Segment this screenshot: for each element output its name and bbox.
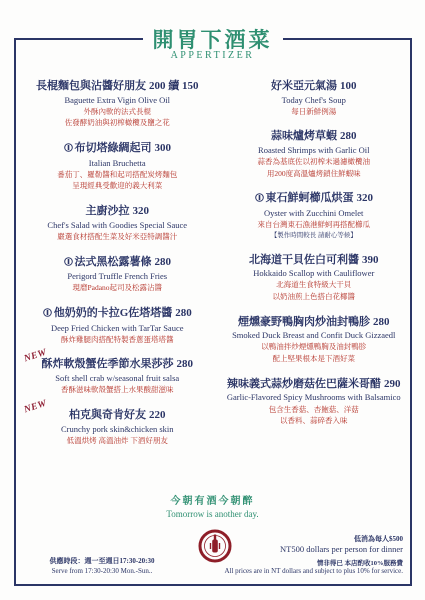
dish-name-zh: 柏克與奇肯好友 [69,409,146,421]
dish-name-zh: 布切塔綠綢起司 [75,142,152,154]
dish-name-line: 東石鮮蚵櫛瓜烘蛋320 [221,192,408,207]
dish-description: 來自台灣東石漁港鮮蚵再搭配櫛瓜 [221,219,408,231]
dish-name-zh: 主廚沙拉 [86,205,130,217]
dish-descriptions: 番茄丁、羅勒醬和起司搭配炭烤麵包呈現經典受歡迎的義大利菜 [24,169,211,192]
dish-descriptions: 包含生香菇、杏鮑菇、洋菇以香料、蒜碎香入味 [221,404,408,427]
menu-item: 法式黑松露薯條280 Perigord Truffle French Fries… [24,256,211,294]
dish-note: 【製作時間較長 請耐心等候】 [221,231,408,241]
dish-price: 280 [177,358,194,370]
dish-name-zh: 辣味義式蒜炒磨菇佐巴薩米哥醋 [227,378,381,390]
dish-name-en: Hokkaido Scallop with Cauliflower [221,268,408,279]
signature-dish-icon [64,257,73,271]
dish-descriptions: 嚴選食材搭配生菜及好米亞特調醬汁 [24,231,211,243]
dish-description: 外酥內軟的法式長棍 [24,106,211,118]
dish-description: 低溫烘烤 高溫油炸 下酒好朋友 [24,435,211,447]
dish-description: 以鴨油拌炒煙燻鴨胸及油封鴨胗 [221,341,408,353]
dish-descriptions: 現磨Padano起司及松露沾醬 [24,282,211,294]
menu-item: NEW 柏克與奇肯好友220 Crunchy pork skin&chicken… [24,409,211,446]
signature-dish-icon [255,193,264,207]
dish-name-line: 柏克與奇肯好友220 [24,409,211,423]
dish-descriptions: 低溫烘烤 高溫油炸 下酒好朋友 [24,435,211,447]
menu-item: 辣味義式蒜炒磨菇佐巴薩米哥醋290 Garlic-Flavored Spicy … [221,378,408,427]
page-subtitle: APPERTIZER [0,50,425,61]
service-charge-en: All prices are in NT dollars and subject… [173,567,403,575]
dish-descriptions: 香酥滋味軟殼蟹搭上水果酸甜滋味 [24,384,211,396]
dish-name-zh: 酥炸軟殼蟹佐季節水果莎莎 [42,358,174,370]
dish-name-line: 他奶奶的卡拉G佐塔塔醬280 [24,307,211,322]
menu-item: 布切塔綠綢起司300 Italian Bruchetta 番茄丁、羅勒醬和起司搭… [24,142,211,192]
dish-description: 嚴選食材搭配生菜及好米亞特調醬汁 [24,231,211,243]
dish-name-en: Oyster with Zucchini Omelet [221,208,408,219]
dish-price: 320 [133,205,150,217]
dish-description: 用200度高溫爐烤鎖住鮮蝦味 [221,168,408,180]
dish-price: 280 [340,130,357,142]
dish-name-zh: 蒜味爐烤草蝦 [271,130,337,142]
dish-description: 配上堅果根本是下酒好菜 [221,353,408,365]
menu-item: 蒜味爐烤草蝦280 Roasted Shrimps with Garlic Oi… [221,130,408,179]
dish-name-line: 主廚沙拉320 [24,205,211,219]
menu-item: 煙燻豪野鴨胸肉炒油封鴨胗280 Smoked Duck Breast and C… [221,316,408,365]
menu-page: 開胃下酒菜 APPERTIZER 長棍麵包與沾醬好朋友200 續 150 Bag… [0,0,425,600]
menu-item: 長棍麵包與沾醬好朋友200 續 150 Baguette Extra Vigin… [24,80,211,129]
dish-name-line: 辣味義式蒜炒磨菇佐巴薩米哥醋290 [221,378,408,392]
dish-description: 佐發酵奶油與初榨橄欖及鹽之花 [24,117,211,129]
dish-name-line: 好米亞元氣湯100 [221,80,408,94]
signature-dish-icon [64,143,73,157]
dish-name-en: Perigord Truffle French Fries [24,271,211,282]
dish-description: 呈現經典受歡迎的義大利菜 [24,180,211,192]
dish-price: 100 [340,80,357,92]
dish-name-zh: 法式黑松露薯條 [75,256,152,268]
dish-description: 香酥滋味軟殼蟹搭上水果酸甜滋味 [24,384,211,396]
dish-name-en: Chef's Salad with Goodies Special Sauce [24,220,211,231]
dish-price: 320 [357,192,374,204]
minimum-charge-zh: 低消為每人$500 [173,534,403,544]
dish-name-en: Soft shell crab w/seasonal fruit salsa [24,373,211,384]
dish-price: 290 [384,378,401,390]
menu-item: 他奶奶的卡拉G佐塔塔醬280 Deep Fried Chicken with T… [24,307,211,345]
dish-name-zh: 東石鮮蚵櫛瓜烘蛋 [266,192,354,204]
dish-descriptions: 以鴨油拌炒煙燻鴨胸及油封鴨胗配上堅果根本是下酒好菜 [221,341,408,364]
menu-item: 好米亞元氣湯100 Today Chef's Soup 每日新鮮例湯 [221,80,408,117]
dish-name-line: 酥炸軟殼蟹佐季節水果莎莎280 [24,358,211,372]
dish-description: 包含生香菇、杏鮑菇、洋菇 [221,404,408,416]
dish-name-en: Crunchy pork skin&chicken skin [24,424,211,435]
dish-name-zh: 北海道干貝佐白可利醬 [249,254,359,266]
dish-description: 以香料、蒜碎香入味 [221,415,408,427]
dish-price: 280 [175,307,192,319]
dish-name-en: Baguette Extra Vigin Olive Oil [24,95,211,106]
dish-name-line: 布切塔綠綢起司300 [24,142,211,157]
dish-descriptions: 酥炸雞腿肉搭配特製香蔥蛋塔塔醬 [24,334,211,346]
minimum-charge-en: NT500 dollars per person for dinner [173,544,403,554]
dish-price: 280 [155,256,172,268]
dish-name-en: Deep Fried Chicken with TarTar Sauce [24,323,211,334]
dish-name-zh: 好米亞元氣湯 [271,80,337,92]
dish-price: 200 續 150 [149,80,199,92]
dish-price: 220 [149,409,166,421]
dish-descriptions: 外酥內軟的法式長棍佐發酵奶油與初榨橄欖及鹽之花 [24,106,211,129]
dish-description: 番茄丁、羅勒醬和起司搭配炭烤麵包 [24,169,211,181]
footer-quote: 今朝有酒今朝醉 Tomorrow is another day. [0,492,425,519]
menu-item: 東石鮮蚵櫛瓜烘蛋320 Oyster with Zucchini Omelet … [221,192,408,240]
dish-name-en: Today Chef's Soup [221,95,408,106]
dish-name-line: 法式黑松露薯條280 [24,256,211,271]
dish-description: 以奶油煎上色搭白花椰醬 [221,291,408,303]
dish-description: 北海道生食特級大干貝 [221,279,408,291]
dish-descriptions: 蒜香為基底佐以初榨未過濾橄欖油用200度高溫爐烤鎖住鮮蝦味 [221,156,408,179]
menu-column-right: 好米亞元氣湯100 Today Chef's Soup 每日新鮮例湯 蒜味爐烤草… [221,80,408,459]
dish-name-en: Garlic-Flavored Spicy Mushrooms with Bal… [221,392,408,403]
menu-columns: 長棍麵包與沾醬好朋友200 續 150 Baguette Extra Vigin… [24,80,407,459]
dish-price: 300 [155,142,172,154]
dish-description: 酥炸雞腿肉搭配特製香蔥蛋塔塔醬 [24,334,211,346]
menu-item: 主廚沙拉320 Chef's Salad with Goodies Specia… [24,205,211,242]
dish-description: 蒜香為基底佐以初榨未過濾橄欖油 [221,156,408,168]
quote-chinese: 今朝有酒今朝醉 [0,492,425,507]
dish-name-zh: 煙燻豪野鴨胸肉炒油封鴨胗 [238,316,370,328]
dish-price: 390 [362,254,379,266]
dish-name-en: Roasted Shrimps with Garlic Oil [221,145,408,156]
serving-hours-zh: 供應時段：週一至週日17:30-20:30 [32,556,172,566]
dish-price: 280 [373,316,390,328]
dish-name-en: Italian Bruchetta [24,158,211,169]
menu-column-left: 長棍麵包與沾醬好朋友200 續 150 Baguette Extra Vigin… [24,80,211,459]
quote-english: Tomorrow is another day. [0,509,425,519]
dish-name-line: 蒜味爐烤草蝦280 [221,130,408,144]
dish-name-line: 北海道干貝佐白可利醬390 [221,254,408,268]
serving-hours-en: Serve from 17:30-20:30 Mon.-Sun.. [32,567,172,576]
menu-item: 北海道干貝佐白可利醬390 Hokkaido Scallop with Caul… [221,254,408,303]
dish-name-zh: 長棍麵包與沾醬好朋友 [36,80,146,92]
price-notes: 低消為每人$500 NT500 dollars per person for d… [173,534,403,575]
dish-descriptions: 每日新鮮例湯 [221,106,408,118]
dish-descriptions: 北海道生食特級大干貝以奶油煎上色搭白花椰醬 [221,279,408,302]
service-charge-zh: 情非得已 本店酌收10%服務費 [173,558,403,567]
dish-name-line: 長棍麵包與沾醬好朋友200 續 150 [24,80,211,94]
dish-name-zh: 他奶奶的卡拉G佐塔塔醬 [54,307,173,319]
dish-name-en: Smoked Duck Breast and Confit Duck Gizza… [221,330,408,341]
dish-description: 每日新鮮例湯 [221,106,408,118]
signature-dish-icon [43,308,52,322]
dish-descriptions: 來自台灣東石漁港鮮蚵再搭配櫛瓜 [221,219,408,231]
menu-item: NEW 酥炸軟殼蟹佐季節水果莎莎280 Soft shell crab w/se… [24,358,211,395]
dish-description: 現磨Padano起司及松露沾醬 [24,282,211,294]
dish-name-line: 煙燻豪野鴨胸肉炒油封鴨胗280 [221,316,408,330]
serving-hours: 供應時段：週一至週日17:30-20:30 Serve from 17:30-2… [32,556,172,576]
